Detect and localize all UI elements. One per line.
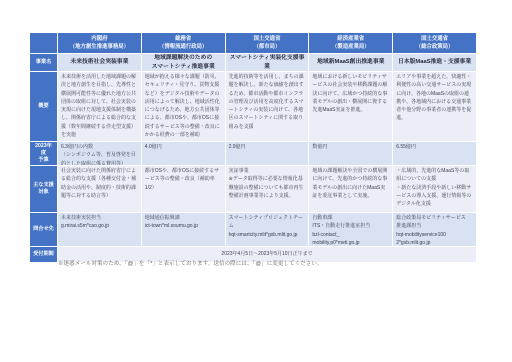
row-label-project: 事業名 <box>30 54 57 71</box>
budget-cell: 数億円 <box>309 142 392 165</box>
row-label-budget: 2023年度 予算 <box>30 142 57 165</box>
bureau-name: （情報流通行政局） <box>159 43 208 51</box>
ministry-program-comparison-table: 内閣府 （地方創生推進事務局） 総務省 （情報流通行政局） 国土交通省 （都市局… <box>30 33 476 262</box>
project-name-cell: スマートシティ実装化支援事業 <box>226 54 309 71</box>
budget-cell: 2.9億円 <box>226 142 309 165</box>
contact-cell: 地域通信振興課 ict-town*ml.soumu.go.jp <box>142 213 225 246</box>
corner-cell <box>30 33 57 53</box>
bureau-name: （地方創生推進事務局） <box>70 43 129 51</box>
bureau-name: （製造産業局） <box>332 43 370 51</box>
contact-cell: 未来技術実装担当 g.mirai.s5m*cao.go.jp <box>58 213 141 246</box>
overview-cell: 先進的技術等を活用し、まちの課題を解決し、新たな価値を創出するため、都市活動や都… <box>226 72 309 141</box>
bureau-name: （総合政策局） <box>416 43 454 51</box>
row-label-support: 主な支援 対象 <box>30 166 57 212</box>
contact-cell: 総合政策局モビリティサービス 推進課担当 hqt-mobilityservice… <box>393 213 476 246</box>
ministry-name: 国土交通省 <box>254 35 281 43</box>
overview-cell: 地域が抱える様々な課題（防災、セキュリティ・見守り、買物支援など）をデジタル技術… <box>142 72 225 141</box>
bureau-name: （都市局） <box>254 43 281 51</box>
row-label-overview: 概要 <box>30 72 57 141</box>
budget-cell: 6.55億円 <box>393 142 476 165</box>
budget-cell: 4.0億円 <box>142 142 225 165</box>
contact-cell: 自動車課 ITS・自動走行推進室担当 bzl-contact_ mobility… <box>309 213 392 246</box>
ministry-header-mlit-policy: 国土交通省 （総合政策局） <box>393 33 476 53</box>
project-name-cell: 地域課題解決のための スマートシティ推進事業 <box>142 54 225 71</box>
ministry-header-mlit-city: 国土交通省 （都市局） <box>226 33 309 53</box>
row-label-contact: 問合せ先 <box>30 213 57 246</box>
support-cell: 地域の課題解決や全国での横展開に向けて、先進的かつ持続的な事業モデルの創出に向け… <box>309 166 392 212</box>
overview-cell: 地域における新しいモビリティサービスの社会実装や移動課題の解決に向けて、広域かつ… <box>309 72 392 141</box>
project-name-cell: 日本版MaaS推進・支援事業 <box>393 54 476 71</box>
ministry-name: 内閣府 <box>91 35 107 43</box>
ministry-name: 経済産業省 <box>337 35 364 43</box>
ministry-name: 国土交通省 <box>421 35 448 43</box>
email-footnote: ※迷惑メール対策のため、「@」を「*」と表示しております。送信の際には、「@」に… <box>58 259 323 267</box>
ministry-header-soumu: 総務省 （情報流通行政局） <box>142 33 225 53</box>
project-name-cell: 未来技術社会実装事業 <box>58 54 141 71</box>
support-cell: 都市OSや、都市OSに接続するサービス等の整備・改良（補助率1/2） <box>142 166 225 212</box>
ministry-header-meti: 経済産業省 （製造産業局） <box>309 33 392 53</box>
support-cell: 社会実装に向けた関係府省庁による総合的な支援（各種交付金・補助金の活用や、制度的… <box>58 166 141 212</box>
overview-cell: 未来技術を活用した地域課題の解決と地方創生を目指し、先導性と横展開可能性等に優れ… <box>58 72 141 141</box>
support-cell: ・広域的、先進的なMaaS等の取組についての支援 ・新たな決済手段や新しい移動サ… <box>393 166 476 212</box>
ministry-header-cao: 内閣府 （地方創生推進事務局） <box>58 33 141 53</box>
support-cell: 実証事業 ※データ取得等に必要な情報化基盤施設の整備についても都市再生整備計画事… <box>226 166 309 212</box>
project-name-cell: 地域新MaaS創出推進事業 <box>309 54 392 71</box>
contact-cell: スマートシティプロジェクトチーム hqt-smartcity.mlit*gxb.… <box>226 213 309 246</box>
row-label-period: 受付期間 <box>30 247 57 262</box>
budget-cell: 6.3億円の内数 （シンポジウム等、普及啓発を目的とした取組に係る費用等） <box>58 142 141 165</box>
ministry-name: 総務省 <box>175 35 191 43</box>
overview-cell: エリアや事業を超えた、快適性・利便性の高い交通サービスの実現に向け、各地のMaa… <box>393 72 476 141</box>
